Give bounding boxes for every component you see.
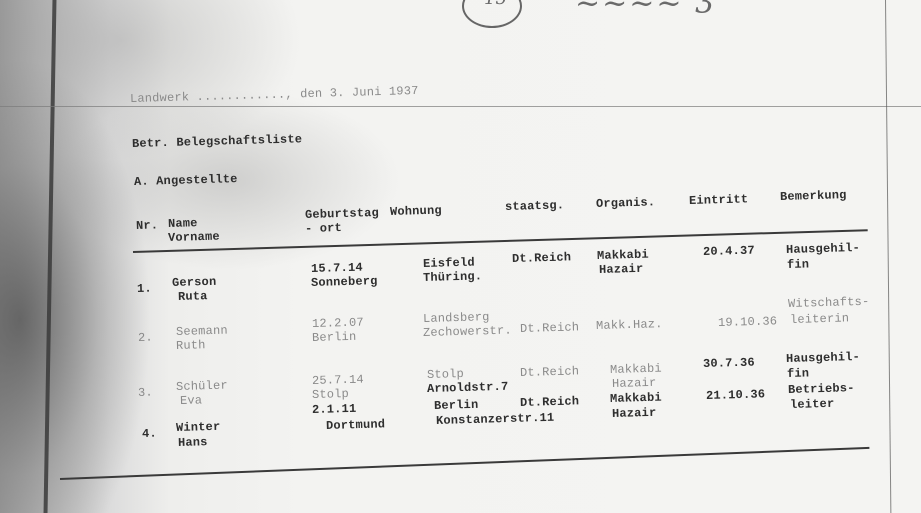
row-org-2: Hazair	[599, 262, 644, 277]
scan-fold-line	[0, 106, 921, 107]
subject-line: Betr. Belegschaftsliste	[132, 132, 303, 151]
row-org-1: Makkabi	[597, 248, 649, 263]
row-wohnung-1: Stolp	[427, 367, 464, 382]
handwritten-annotation: ~~~~ 3	[575, 0, 716, 21]
row-eintritt: 20.4.37	[703, 244, 755, 259]
header-nr: Nr.	[136, 218, 159, 233]
row-name: Winter	[176, 420, 221, 435]
row-wohnung-1: Eisfeld	[423, 256, 475, 271]
row-eintritt: 30.7.36	[703, 356, 755, 371]
row-wohnung-2: Arnoldstr.7	[427, 380, 509, 396]
header-organisation: Organis.	[596, 195, 656, 211]
place-date-line: Landwerk ............, den 3. Juni 1937	[130, 84, 419, 106]
row-staat: Dt.Reich	[520, 320, 580, 336]
row-nr: 4.	[142, 427, 157, 441]
header-vorname: Vorname	[168, 230, 220, 245]
row-wohnung-2: Konstanzerstr.11	[436, 411, 555, 428]
row-geburtstag: 15.7.14	[311, 261, 363, 276]
row-vorname: Ruth	[176, 338, 206, 353]
table-bottom-rule	[60, 447, 869, 480]
row-vorname: Hans	[178, 435, 208, 450]
row-bemerkung-2: fin	[787, 257, 810, 272]
row-name: Seemann	[176, 324, 228, 339]
row-geburtstag: 2.1.11	[312, 402, 357, 417]
row-nr: 3.	[138, 386, 153, 400]
row-bemerkung-1: Hausgehil-	[786, 241, 860, 257]
row-staat: Dt.Reich	[512, 250, 572, 266]
right-margin-line	[885, 0, 891, 513]
header-eintritt: Eintritt	[689, 192, 749, 208]
row-bemerkung-2: leiter	[790, 397, 835, 412]
row-bemerkung-1: Hausgehil-	[786, 350, 860, 366]
header-wohnung: Wohnung	[390, 204, 442, 219]
row-geburtsort: Berlin	[312, 330, 357, 345]
row-eintritt: 19.10.36	[718, 314, 778, 330]
row-bemerkung-2: leiterin	[790, 311, 850, 327]
row-vorname: Ruta	[178, 289, 208, 304]
row-name: Gerson	[172, 275, 217, 290]
header-geburtsort: - ort	[305, 221, 342, 236]
row-geburtsort: Sonneberg	[311, 274, 378, 290]
row-wohnung-2: Thüring.	[423, 269, 483, 285]
row-vorname: Eva	[180, 393, 203, 408]
header-underline	[133, 229, 868, 253]
row-geburtsort: Stolp	[312, 387, 349, 402]
row-geburtsort: Dortmund	[326, 417, 386, 433]
row-bemerkung-1: Witschafts-	[788, 295, 870, 311]
section-heading: A. Angestellte	[134, 172, 238, 189]
row-staat: Dt.Reich	[520, 364, 580, 380]
row-name: Schüler	[176, 379, 228, 394]
header-bemerkung: Bemerkung	[780, 188, 847, 204]
row-org-2: Hazair	[612, 406, 657, 421]
row-geburtstag: 12.2.07	[312, 316, 364, 331]
row-org-1: Makkabi	[610, 391, 662, 406]
row-eintritt: 21.10.36	[706, 387, 766, 403]
row-nr: 2.	[138, 331, 153, 345]
circled-page-number: 15	[462, 0, 522, 28]
header-name: Name	[168, 216, 198, 231]
row-geburtstag: 25.7.14	[312, 373, 364, 388]
header-staatsangehoerigkeit: staatsg.	[505, 198, 565, 214]
row-wohnung-1: Berlin	[434, 398, 479, 413]
row-wohnung-2: Zechowerstr.	[423, 324, 512, 340]
binding-edge-shadow	[44, 0, 57, 513]
row-bemerkung-2: fin	[787, 366, 810, 381]
header-geburtstag: Geburtstag	[305, 206, 379, 222]
row-nr: 1.	[137, 282, 152, 296]
row-org-1: Makk.Haz.	[596, 317, 663, 333]
row-org-2: Hazair	[612, 376, 657, 391]
scanned-document-page: 15 ~~~~ 3 Landwerk ............, den 3. …	[0, 0, 921, 513]
row-bemerkung-1: Betriebs-	[788, 381, 855, 397]
row-org-1: Makkabi	[610, 362, 662, 377]
row-staat: Dt.Reich	[520, 394, 580, 410]
